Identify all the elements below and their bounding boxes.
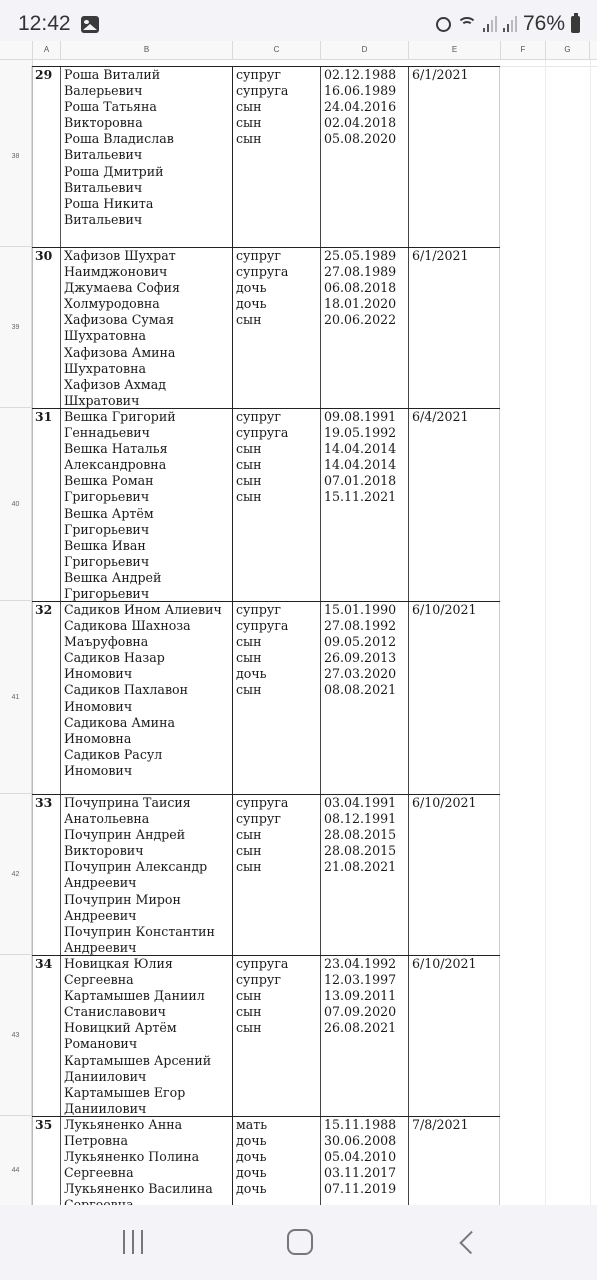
name-line: Картамышев Егор	[64, 1085, 232, 1101]
name-line: Садиков Расул	[64, 747, 232, 763]
birthdate-line: 07.09.2020	[324, 1004, 408, 1020]
cell-number[interactable]: 35	[32, 1117, 60, 1205]
family-number: 34	[35, 956, 52, 971]
birthdate-line: 21.08.2021	[324, 859, 408, 875]
relation-line: сын	[236, 312, 320, 328]
name-line: Даниилович	[64, 1101, 232, 1116]
cell-birthdates[interactable]: 15.01.199027.08.199209.05.201226.09.2013…	[320, 602, 408, 794]
cell-relations[interactable]: матьдочьдочьдочьдочь	[232, 1117, 320, 1205]
family-number: 33	[35, 795, 52, 810]
registration-date: 6/10/2021	[412, 956, 477, 971]
birthdate-line: 23.04.1992	[324, 956, 408, 972]
name-line: Сергеевна	[64, 972, 232, 988]
relation-line: дочь	[236, 1149, 320, 1165]
name-line: Холмуродовна	[64, 296, 232, 312]
signal-icon	[483, 16, 497, 32]
name-line: Роша Никита	[64, 196, 232, 212]
status-bar: 12:42 76%	[0, 0, 597, 41]
registration-date: 6/1/2021	[412, 67, 469, 82]
birthdate-line: 27.03.2020	[324, 666, 408, 682]
name-line: Викторович	[64, 843, 232, 859]
home-icon[interactable]	[286, 1225, 314, 1259]
cell-birthdates[interactable]: 02.12.198816.06.198924.04.201602.04.2018…	[320, 67, 408, 247]
table-row: 30Хафизов ШухратНаимджоновичДжумаева Соф…	[32, 247, 500, 408]
navigation-bar	[0, 1205, 597, 1280]
family-number: 32	[35, 602, 52, 617]
name-line: Иномович	[64, 699, 232, 715]
relation-line: сын	[236, 859, 320, 875]
cell-relations[interactable]: супругасупругсынсынсын	[232, 795, 320, 955]
table-row: 33Почуприна ТаисияАнатольевнаПочуприн Ан…	[32, 794, 500, 955]
birthdate-line: 08.12.1991	[324, 811, 408, 827]
name-line: Хафизов Ахмад	[64, 377, 232, 393]
cell-birthdates[interactable]: 03.04.199108.12.199128.08.201528.08.2015…	[320, 795, 408, 955]
cell-number[interactable]: 34	[32, 956, 60, 1116]
name-line: Григорьевич	[64, 554, 232, 570]
table-row: 34Новицкая ЮлияСергеевнаКартамышев Дании…	[32, 955, 500, 1116]
birthdate-line: 07.01.2018	[324, 473, 408, 489]
name-line: Садикова Шахноза	[64, 618, 232, 634]
name-line: Иномовна	[64, 731, 232, 747]
name-line: Сергеевна	[64, 1165, 232, 1181]
name-line: Лукьяненко Анна	[64, 1117, 232, 1133]
cell-date[interactable]: 6/10/2021	[408, 956, 500, 1116]
relation-line: дочь	[236, 1165, 320, 1181]
name-line: Григорьевич	[64, 586, 232, 601]
birthdate-line: 14.04.2014	[324, 441, 408, 457]
birthdate-line: 02.04.2018	[324, 115, 408, 131]
relation-line: сын	[236, 682, 320, 698]
birthdate-line: 27.08.1989	[324, 264, 408, 280]
name-line: Роша Владислав	[64, 131, 232, 147]
name-line: Петровна	[64, 1133, 232, 1149]
column-header-f[interactable]: F	[500, 41, 545, 59]
back-icon[interactable]	[455, 1225, 479, 1259]
name-line: Садикова Амина	[64, 715, 232, 731]
relation-line: сын	[236, 843, 320, 859]
cell-birthdates[interactable]: 25.05.198927.08.198906.08.201818.01.2020…	[320, 248, 408, 408]
cell-relations[interactable]: супругсупругасынсындочьсын	[232, 602, 320, 794]
relation-line: сын	[236, 489, 320, 505]
name-line: Садиков Назар	[64, 650, 232, 666]
wifi-icon	[457, 16, 477, 32]
cell-names[interactable]: Хафизов ШухратНаимджоновичДжумаева София…	[60, 248, 232, 408]
birthdate-line: 16.06.1989	[324, 83, 408, 99]
row-header[interactable]: 39	[0, 247, 32, 408]
relation-line: супруг	[236, 409, 320, 425]
name-line: Хафизов Шухрат	[64, 248, 232, 264]
cell-relations[interactable]: супругасупругсынсынсын	[232, 956, 320, 1116]
name-line: Вешка Наталья	[64, 441, 232, 457]
relation-line: дочь	[236, 666, 320, 682]
birthdate-line: 28.08.2015	[324, 843, 408, 859]
relation-line: сын	[236, 1020, 320, 1036]
family-number: 29	[35, 67, 52, 82]
cell-number[interactable]: 33	[32, 795, 60, 955]
name-line: Витальевич	[64, 147, 232, 163]
name-line: Роша Татьяна	[64, 99, 232, 115]
registration-date: 6/1/2021	[412, 248, 469, 263]
cell-relations[interactable]: супругсупругасынсынсын	[232, 67, 320, 247]
name-line: Картамышев Арсений	[64, 1053, 232, 1069]
row-header[interactable]: 43	[0, 955, 32, 1116]
cell-names[interactable]: Лукьяненко АннаПетровнаЛукьяненко Полина…	[60, 1117, 232, 1205]
name-line: Андреевич	[64, 908, 232, 924]
name-line: Маъруфовна	[64, 634, 232, 650]
cell-date[interactable]: 6/10/2021	[408, 795, 500, 955]
column-header-d[interactable]: D	[320, 41, 408, 59]
birthdate-line: 09.05.2012	[324, 634, 408, 650]
birthdate-line: 05.08.2020	[324, 131, 408, 147]
name-line: Садиков Ином Алиевич	[64, 602, 232, 618]
name-line: Почуприн Александр	[64, 859, 232, 875]
relation-line: мать	[236, 1117, 320, 1133]
name-line: Хафизова Сумая	[64, 312, 232, 328]
cell-birthdates[interactable]: 09.08.199119.05.199214.04.201414.04.2014…	[320, 409, 408, 601]
cell-names[interactable]: Садиков Ином АлиевичСадикова ШахнозаМаър…	[60, 602, 232, 794]
name-line: Даниилович	[64, 1069, 232, 1085]
registration-date: 6/10/2021	[412, 602, 477, 617]
relation-line: дочь	[236, 296, 320, 312]
name-line: Григорьевич	[64, 522, 232, 538]
relation-line: дочь	[236, 1133, 320, 1149]
spreadsheet[interactable]: A B C D E F G 29Роша ВиталийВалерьевичРо…	[0, 41, 597, 1205]
relation-line: сын	[236, 988, 320, 1004]
relation-line: сын	[236, 650, 320, 666]
name-line: Вешка Григорий	[64, 409, 232, 425]
row-header[interactable]: 41	[0, 601, 32, 794]
relation-line: супруга	[236, 956, 320, 972]
name-line: Наимджонович	[64, 264, 232, 280]
column-header-a[interactable]: A	[32, 41, 60, 59]
birthdate-line: 18.01.2020	[324, 296, 408, 312]
birthdate-line: 07.11.2019	[324, 1181, 408, 1197]
birthdate-line: 26.09.2013	[324, 650, 408, 666]
name-line: Анатольевна	[64, 811, 232, 827]
column-header-c[interactable]: C	[232, 41, 320, 59]
name-line: Вешка Андрей	[64, 570, 232, 586]
name-line: Почуприна Таисия	[64, 795, 232, 811]
relation-line: сын	[236, 1004, 320, 1020]
name-line: Роша Дмитрий	[64, 164, 232, 180]
cell-date[interactable]: 7/8/2021	[408, 1117, 500, 1205]
registration-date: 6/4/2021	[412, 409, 469, 424]
birthdate-line: 27.08.1992	[324, 618, 408, 634]
birthdate-line: 13.09.2011	[324, 988, 408, 1004]
name-line: Вешка Артём	[64, 506, 232, 522]
table-row: 31Вешка ГригорийГеннадьевичВешка Наталья…	[32, 408, 500, 601]
cell-names[interactable]: Роша ВиталийВалерьевичРоша ТатьянаВиктор…	[60, 67, 232, 247]
column-header-bar: A B C D E F G	[0, 41, 597, 60]
alarm-icon	[436, 17, 451, 32]
name-line: Роша Виталий	[64, 67, 232, 83]
name-line: Геннадьевич	[64, 425, 232, 441]
relation-line: супруг	[236, 67, 320, 83]
relation-line: дочь	[236, 1181, 320, 1197]
cell-date[interactable]: 6/1/2021	[408, 248, 500, 408]
birthdate-line: 20.06.2022	[324, 312, 408, 328]
name-line: Валерьевич	[64, 83, 232, 99]
name-line: Витальевич	[64, 180, 232, 196]
relation-line: супруг	[236, 248, 320, 264]
name-line: Лукьяненко Полина	[64, 1149, 232, 1165]
cell-birthdates[interactable]: 23.04.199212.03.199713.09.201107.09.2020…	[320, 956, 408, 1116]
birthdate-line: 24.04.2016	[324, 99, 408, 115]
birthdate-line: 06.08.2018	[324, 280, 408, 296]
cell-names[interactable]: Новицкая ЮлияСергеевнаКартамышев ДаниилС…	[60, 956, 232, 1116]
name-line: Иномович	[64, 763, 232, 779]
row-header[interactable]: 44	[0, 1116, 32, 1205]
name-line: Витальевич	[64, 212, 232, 228]
name-line: Шухратовна	[64, 361, 232, 377]
relation-line: сын	[236, 457, 320, 473]
name-line: Вешка Роман	[64, 473, 232, 489]
registration-date: 7/8/2021	[412, 1117, 469, 1132]
relation-line: сын	[236, 99, 320, 115]
cell-number[interactable]: 31	[32, 409, 60, 601]
family-number: 35	[35, 1117, 52, 1132]
birthdate-line: 19.05.1992	[324, 425, 408, 441]
birthdate-line: 26.08.2021	[324, 1020, 408, 1036]
name-line: Почуприн Константин	[64, 924, 232, 940]
relation-line: сын	[236, 131, 320, 147]
birthdate-line: 15.11.2021	[324, 489, 408, 505]
name-line: Станиславович	[64, 1004, 232, 1020]
relation-line: супруга	[236, 83, 320, 99]
birthdate-line: 28.08.2015	[324, 827, 408, 843]
table-row: 29Роша ВиталийВалерьевичРоша ТатьянаВикт…	[32, 66, 500, 247]
relation-line: супруг	[236, 811, 320, 827]
cell-birthdates[interactable]: 15.11.198830.06.200805.04.201003.11.2017…	[320, 1117, 408, 1205]
cell-relations[interactable]: супругсупругасынсынсынсын	[232, 409, 320, 601]
name-line: Викторовна	[64, 115, 232, 131]
row-header[interactable]: 38	[0, 66, 32, 247]
table-row: 32Садиков Ином АлиевичСадикова ШахнозаМа…	[32, 601, 500, 794]
birthdate-line: 09.08.1991	[324, 409, 408, 425]
relation-line: сын	[236, 473, 320, 489]
status-icons: 76%	[436, 12, 580, 36]
cell-number[interactable]: 32	[32, 602, 60, 794]
name-line: Андреевич	[64, 875, 232, 891]
family-number: 31	[35, 409, 52, 424]
cell-date[interactable]: 6/4/2021	[408, 409, 500, 601]
name-line: Лукьяненко Василина	[64, 1181, 232, 1197]
name-line: Картамышев Даниил	[64, 988, 232, 1004]
column-header-b[interactable]: B	[60, 41, 232, 59]
relation-line: супруга	[236, 264, 320, 280]
cell-number[interactable]: 30	[32, 248, 60, 408]
row-header[interactable]: 42	[0, 794, 32, 955]
birthdate-line: 02.12.1988	[324, 67, 408, 83]
name-line: Иномович	[64, 666, 232, 682]
name-line: Новицкая Юлия	[64, 956, 232, 972]
column-header-g[interactable]: G	[545, 41, 590, 59]
birthdate-line: 03.04.1991	[324, 795, 408, 811]
recent-apps-icon[interactable]	[118, 1225, 148, 1259]
birthdate-line: 15.01.1990	[324, 602, 408, 618]
cell-date[interactable]: 6/1/2021	[408, 67, 500, 247]
birthdate-line: 03.11.2017	[324, 1165, 408, 1181]
relation-line: супруг	[236, 972, 320, 988]
name-line: Шхратович	[64, 393, 232, 408]
relation-line: сын	[236, 634, 320, 650]
name-line: Шухратовна	[64, 328, 232, 344]
clock: 12:42	[18, 12, 71, 36]
name-line: Сергеевна	[64, 1197, 232, 1205]
name-line: Александровна	[64, 457, 232, 473]
name-line: Садиков Пахлавон	[64, 682, 232, 698]
birthdate-line: 30.06.2008	[324, 1133, 408, 1149]
name-line: Почуприн Андрей	[64, 827, 232, 843]
relation-line: сын	[236, 441, 320, 457]
name-line: Андреевич	[64, 940, 232, 955]
name-line: Вешка Иван	[64, 538, 232, 554]
name-line: Новицкий Артём	[64, 1020, 232, 1036]
cell-names[interactable]: Вешка ГригорийГеннадьевичВешка НатальяАл…	[60, 409, 232, 601]
birthdate-line: 15.11.1988	[324, 1117, 408, 1133]
relation-line: супруга	[236, 618, 320, 634]
battery-icon	[571, 16, 580, 33]
relation-line: супруга	[236, 425, 320, 441]
relation-line: супруга	[236, 795, 320, 811]
cell-date[interactable]: 6/10/2021	[408, 602, 500, 794]
birthdate-line: 25.05.1989	[324, 248, 408, 264]
relation-line: супруг	[236, 602, 320, 618]
relation-line: сын	[236, 827, 320, 843]
registration-date: 6/10/2021	[412, 795, 477, 810]
birthdate-line: 05.04.2010	[324, 1149, 408, 1165]
birthdate-line: 08.08.2021	[324, 682, 408, 698]
name-line: Почуприн Мирон	[64, 892, 232, 908]
gallery-icon	[81, 16, 99, 33]
relation-line: сын	[236, 115, 320, 131]
cell-names[interactable]: Почуприна ТаисияАнатольевнаПочуприн Андр…	[60, 795, 232, 955]
battery-percent: 76%	[523, 12, 565, 36]
table-row: 35Лукьяненко АннаПетровнаЛукьяненко Поли…	[32, 1116, 500, 1205]
cell-number[interactable]: 29	[32, 67, 60, 247]
name-line: Романович	[64, 1036, 232, 1052]
row-header[interactable]: 40	[0, 408, 32, 601]
family-number: 30	[35, 248, 52, 263]
signal-icon	[503, 16, 517, 32]
birthdate-line: 14.04.2014	[324, 457, 408, 473]
cell-relations[interactable]: супругсупругадочьдочьсын	[232, 248, 320, 408]
relation-line: дочь	[236, 280, 320, 296]
birthdate-line: 12.03.1997	[324, 972, 408, 988]
name-line: Джумаева София	[64, 280, 232, 296]
empty-columns	[500, 60, 597, 1205]
column-header-e[interactable]: E	[408, 41, 500, 59]
corner-cell[interactable]	[0, 41, 32, 59]
name-line: Хафизова Амина	[64, 345, 232, 361]
name-line: Григорьевич	[64, 489, 232, 505]
